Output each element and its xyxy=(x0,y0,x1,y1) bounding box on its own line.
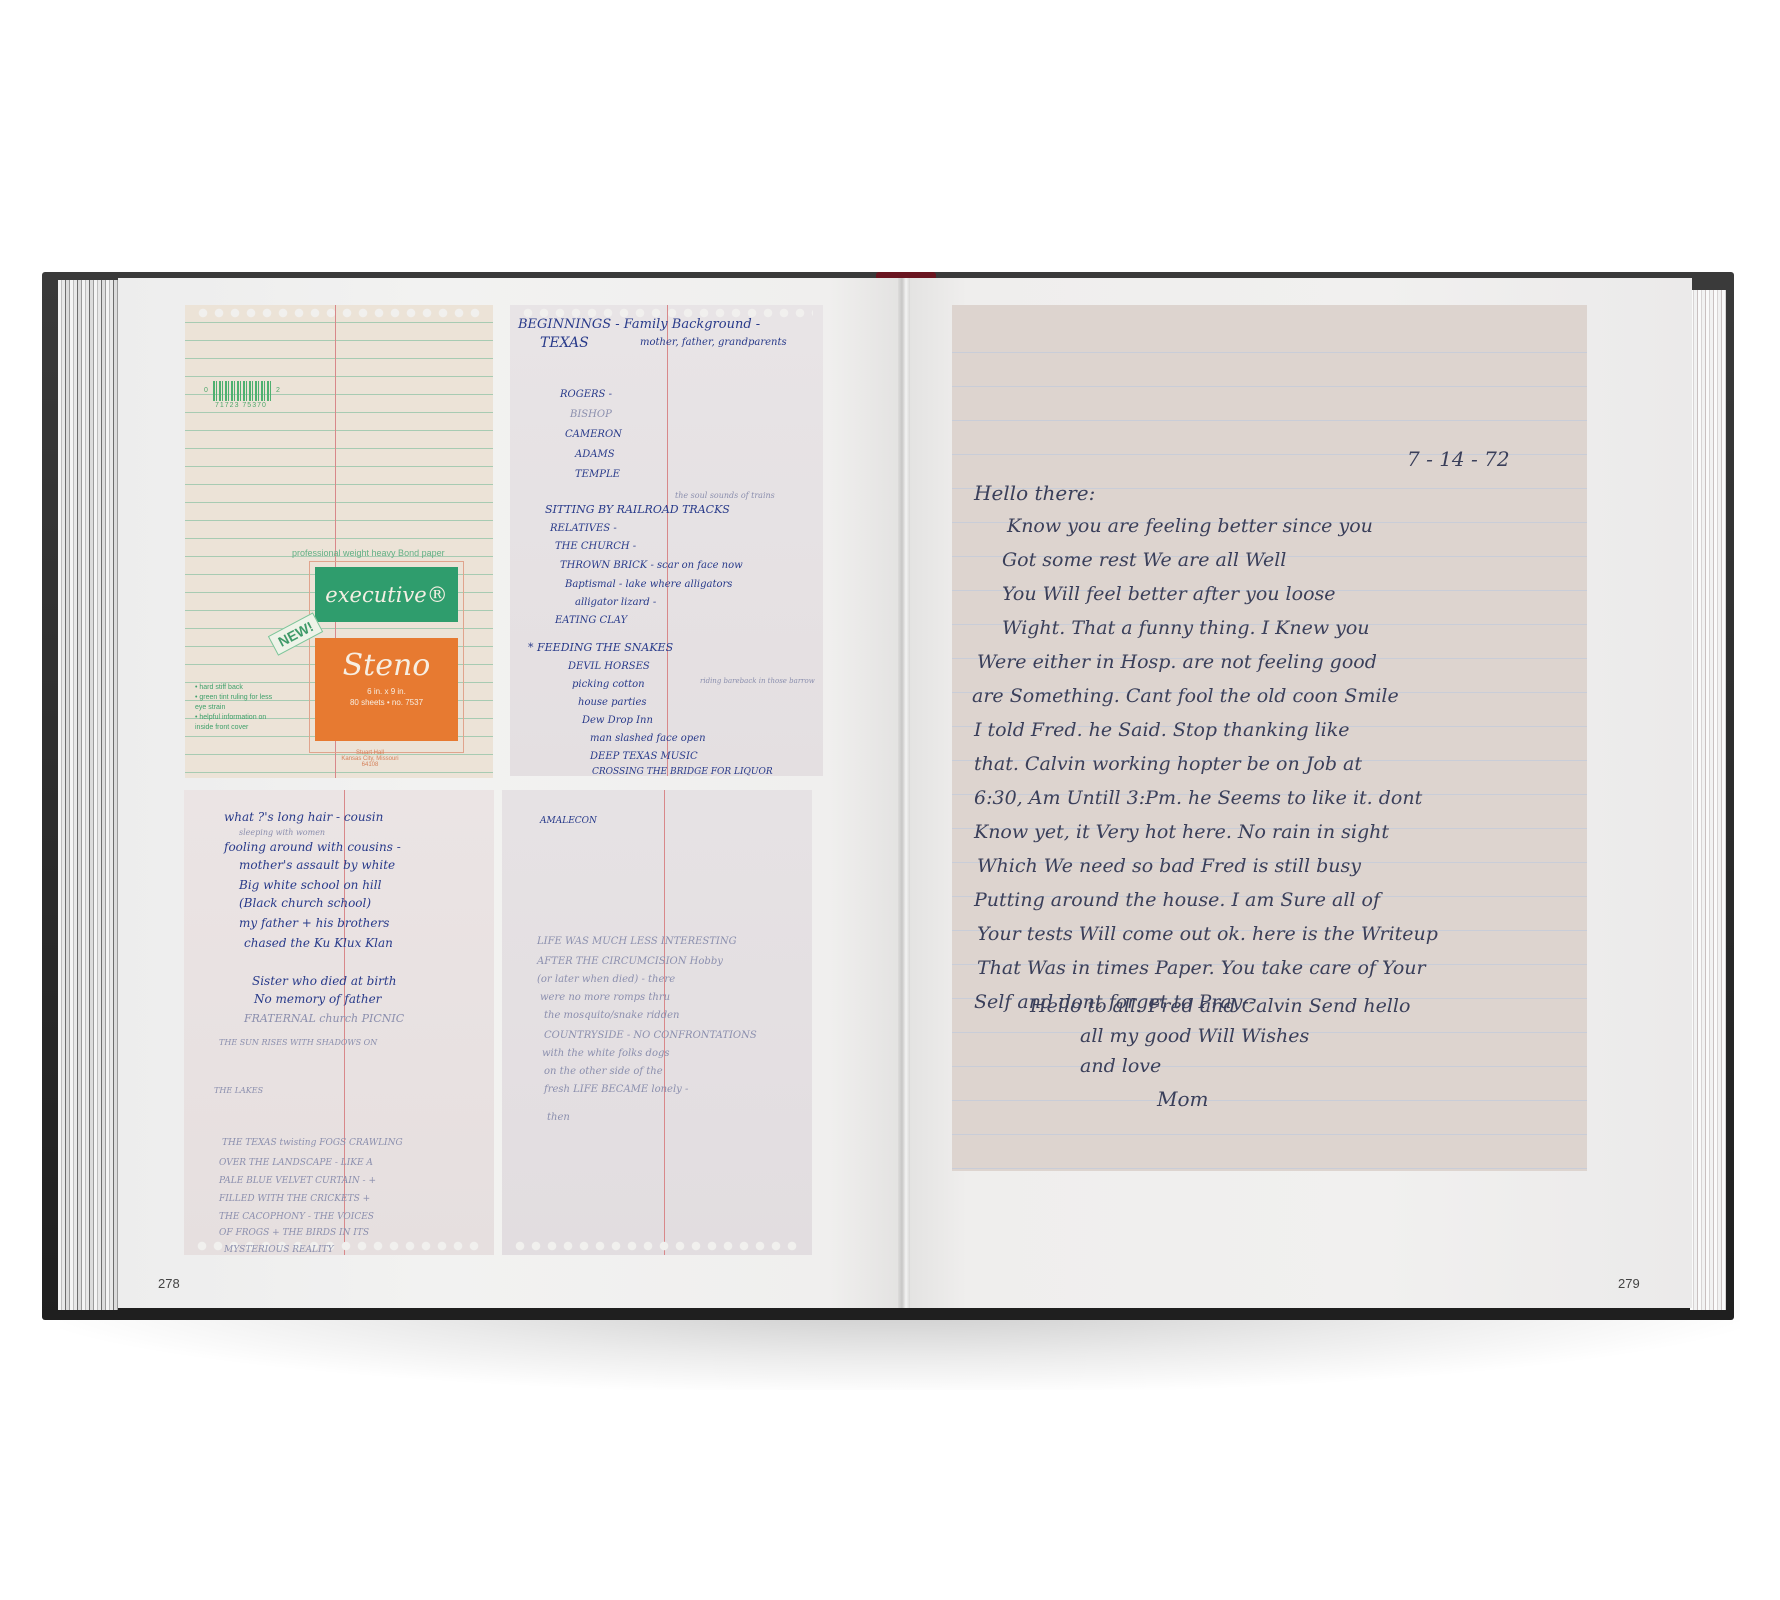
product-count: 80 sheets • no. 7537 xyxy=(315,698,458,707)
handwritten-line: BEGINNINGS - Family Background - xyxy=(518,317,760,332)
letter-signature: Mom xyxy=(1157,1087,1208,1111)
handwritten-line: PALE BLUE VELVET CURTAIN - + xyxy=(219,1176,376,1186)
handwritten-line: RELATIVES - xyxy=(550,523,617,534)
handwritten-line: EATING CLAY xyxy=(555,615,627,626)
handwritten-line: FILLED WITH THE CRICKETS + xyxy=(219,1194,370,1204)
handwritten-line: on the other side of the xyxy=(544,1066,663,1077)
handwritten-line: alligator lizard - xyxy=(575,597,656,608)
handwritten-line: SITTING BY RAILROAD TRACKS xyxy=(545,503,730,516)
handwritten-line: THROWN BRICK - scar on face now xyxy=(560,560,743,571)
handwritten-line: FRATERNAL church PICNIC xyxy=(244,1012,404,1025)
feature-bullets: • hard stiff back • green tint ruling fo… xyxy=(195,683,280,733)
page-edges-right xyxy=(1690,290,1726,1310)
handwritten-line: house parties xyxy=(578,697,647,708)
manufacturer: Stuart Hall Kansas City, Missouri 64108 xyxy=(340,750,400,768)
handwritten-letter-image: 7 - 14 - 72 Hello there: Know you are fe… xyxy=(952,305,1587,1171)
handwritten-line: AFTER THE CIRCUMCISION Hobby xyxy=(537,956,723,967)
handwritten-line: TEMPLE xyxy=(575,469,620,480)
beginnings-notes-image: BEGINNINGS - Family Background -TEXASmot… xyxy=(510,305,823,776)
letter-closing-line: Hello to all. Fred and Calvin Send hello xyxy=(1030,995,1410,1017)
handwritten-line: TEXAS xyxy=(540,335,589,351)
handwritten-line: then xyxy=(547,1112,570,1123)
handwritten-line: fresh LIFE BECAME lonely - xyxy=(544,1084,688,1095)
handwritten-line: DEEP TEXAS MUSIC xyxy=(590,751,698,762)
handwritten-line: OF FROGS + THE BIRDS IN ITS xyxy=(219,1228,369,1238)
handwritten-line: THE CACOPHONY - THE VOICES xyxy=(219,1212,374,1222)
barcode-left-digit: 0 xyxy=(204,387,208,394)
letter-line: Know you are feeling better since you xyxy=(1007,515,1373,537)
letter-line: Which We need so bad Fred is still busy xyxy=(977,855,1361,877)
handwritten-line: THE CHURCH - xyxy=(555,541,636,552)
page-edges-left xyxy=(58,280,118,1310)
childhood-notes-image: what ?'s long hair - cousinsleeping with… xyxy=(184,790,494,1255)
handwritten-line: fooling around with cousins - xyxy=(224,840,401,854)
handwritten-line: man slashed face open xyxy=(590,733,706,744)
letter-line: Know yet, it Very hot here. No rain in s… xyxy=(974,821,1389,843)
handwritten-line: my father + his brothers xyxy=(239,916,389,930)
product-label: Steno 6 in. x 9 in. 80 sheets • no. 7537 xyxy=(315,638,458,741)
handwritten-line: AMALECON xyxy=(540,816,597,826)
bond-paper-text: professional weight heavy Bond paper xyxy=(292,548,445,558)
spiral-holes xyxy=(512,1241,802,1251)
letter-line: Your tests Will come out ok. here is the… xyxy=(977,923,1438,945)
handwritten-line: THE LAKES xyxy=(214,1086,263,1095)
margin-line xyxy=(667,305,668,776)
handwritten-line: riding bareback in those barrow xyxy=(700,677,815,685)
book-gutter xyxy=(898,272,910,1308)
handwritten-line: Sister who died at birth xyxy=(252,974,396,988)
handwritten-line: DEVIL HORSES xyxy=(568,661,650,672)
letter-line: Got some rest We are all Well xyxy=(1002,549,1286,571)
feature-bullet: • green tint ruling for less eye strain xyxy=(195,693,275,713)
letter-closing-line: all my good Will Wishes xyxy=(1080,1025,1309,1047)
handwritten-line: BISHOP xyxy=(570,409,612,420)
page-number-right: 279 xyxy=(1618,1276,1640,1291)
handwritten-line: MYSTERIOUS REALITY xyxy=(224,1245,334,1255)
amalecon-notes-image: AMALECONLIFE WAS MUCH LESS INTERESTINGAF… xyxy=(502,790,812,1255)
handwritten-line: No memory of father xyxy=(254,992,381,1006)
handwritten-line: the soul sounds of trains xyxy=(675,491,775,500)
handwritten-line: Baptismal - lake where alligators xyxy=(565,579,732,590)
handwritten-line: COUNTRYSIDE - NO CONFRONTATIONS xyxy=(544,1030,757,1041)
spiral-holes xyxy=(195,308,483,318)
letter-line: Were either in Hosp. are not feeling goo… xyxy=(977,651,1377,673)
handwritten-line: (or later when died) - there xyxy=(537,974,675,985)
handwritten-line: chased the Ku Klux Klan xyxy=(244,936,393,950)
barcode-right-digit: 2 xyxy=(276,387,280,394)
letter-line: You Will feel better after you loose xyxy=(1002,583,1336,605)
brand-label: executive® xyxy=(315,567,458,622)
handwritten-line: Dew Drop Inn xyxy=(582,715,653,726)
feature-bullet: • hard stiff back xyxy=(195,683,280,693)
handwritten-line: ADAMS xyxy=(575,449,615,460)
handwritten-line: were no more romps thru xyxy=(540,992,670,1003)
product-name: Steno xyxy=(315,648,458,683)
handwritten-line: what ?'s long hair - cousin xyxy=(224,810,383,824)
handwritten-line: OVER THE LANDSCAPE - LIKE A xyxy=(219,1158,373,1168)
handwritten-line: ROGERS - xyxy=(560,389,612,400)
handwritten-line: sleeping with women xyxy=(239,828,325,837)
handwritten-line: LIFE WAS MUCH LESS INTERESTING xyxy=(537,936,737,947)
handwritten-line: * FEEDING THE SNAKES xyxy=(528,641,673,654)
handwritten-line: THE SUN RISES WITH SHADOWS ON xyxy=(219,1038,377,1047)
handwritten-line: CAMERON xyxy=(565,429,622,440)
letter-closing-line: and love xyxy=(1080,1055,1161,1077)
barcode xyxy=(213,381,271,401)
handwritten-line: mother, father, grandparents xyxy=(640,337,787,348)
handwritten-line: Big white school on hill xyxy=(239,878,381,892)
handwritten-line: the mosquito/snake ridden xyxy=(544,1010,679,1021)
letter-line: That Was in times Paper. You take care o… xyxy=(977,957,1426,979)
handwritten-line: with the white folks dogs xyxy=(542,1048,670,1059)
handwritten-line: mother's assault by white xyxy=(239,858,395,872)
handwritten-line: picking cotton xyxy=(572,679,645,690)
feature-bullet: • helpful information on inside front co… xyxy=(195,713,280,733)
spine-headband xyxy=(876,272,936,278)
letter-date: 7 - 14 - 72 xyxy=(1407,447,1510,471)
margin-line xyxy=(664,790,665,1255)
page-number-left: 278 xyxy=(158,1276,180,1291)
manufacturer-city: Kansas City, Missouri 64108 xyxy=(340,756,400,768)
handwritten-line: THE TEXAS twisting FOGS CRAWLING xyxy=(222,1138,403,1148)
letter-line: are Something. Cant fool the old coon Sm… xyxy=(972,685,1399,707)
letter-line: that. Calvin working hopter be on Job at xyxy=(974,753,1362,775)
letter-line: 6:30, Am Untill 3:Pm. he Seems to like i… xyxy=(974,787,1422,809)
handwritten-line: (Black church school) xyxy=(239,896,371,910)
barcode-number: 71723 75370 xyxy=(215,402,267,409)
handwritten-line: CROSSING THE BRIDGE FOR LIQUOR xyxy=(592,767,773,776)
letter-greeting: Hello there: xyxy=(974,481,1095,505)
letter-line: Wight. That a funny thing. I Knew you xyxy=(1002,617,1370,639)
product-size: 6 in. x 9 in. xyxy=(315,687,458,696)
steno-pad-cover-image: 0 2 71723 75370 professional weight heav… xyxy=(185,305,493,778)
letter-line: Putting around the house. I am Sure all … xyxy=(974,889,1380,911)
letter-line: I told Fred. he Said. Stop thanking like xyxy=(974,719,1350,741)
